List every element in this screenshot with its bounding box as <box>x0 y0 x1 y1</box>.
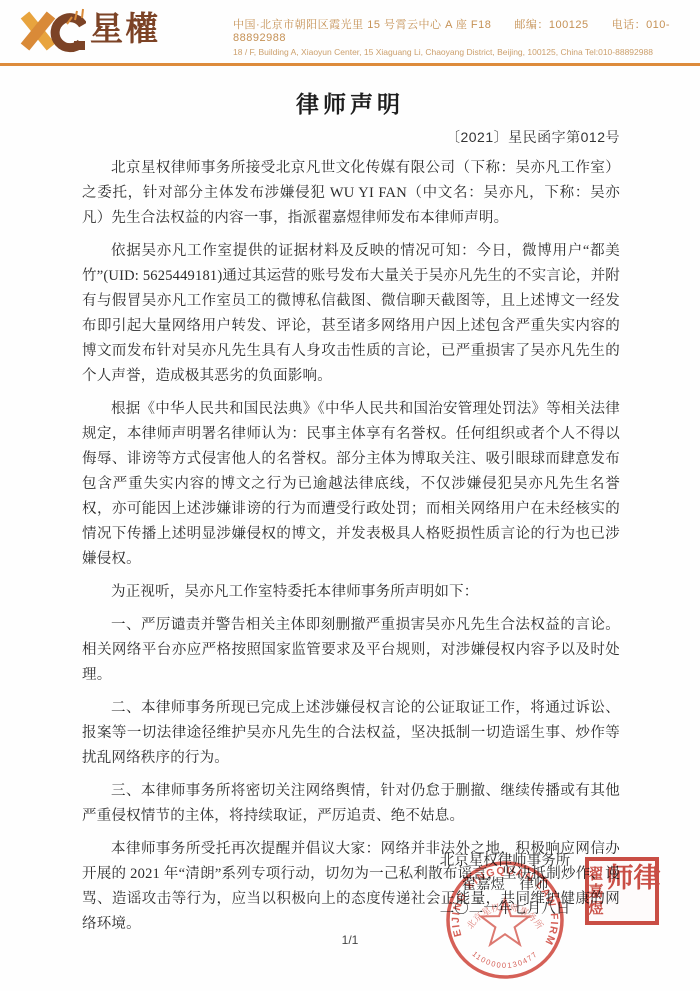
seal-serial-number: 1100000130477 <box>470 949 539 970</box>
document-number: 〔2021〕星民函字第012号 <box>446 127 620 147</box>
letterhead-address: 中国·北京市朝阳区霞光里 15 号霄云中心 A 座 F18 邮编：100125 … <box>233 16 683 57</box>
document-body: 北京星权律师事务所接受北京凡世文化传媒有限公司（下称：吴亦凡工作室）之委托，针对… <box>82 156 620 945</box>
firm-logo: 星權 <box>20 5 160 55</box>
address-chinese: 中国·北京市朝阳区霞光里 15 号霄云中心 A 座 F18 邮编：100125 … <box>233 16 683 44</box>
paragraph: 二、本律师事务所现已完成上述涉嫌侵权言论的公证取证工作，将通过诉讼、报案等一切法… <box>82 696 620 771</box>
document-title: 律师声明 <box>0 86 700 119</box>
letterhead-divider <box>0 63 700 66</box>
paragraph: 为正视听，吴亦凡工作室特委托本律师事务所声明如下： <box>82 580 620 605</box>
lawyer-square-seal: 翟嘉煜 律师 <box>585 857 659 925</box>
paragraph: 根据《中华人民共和国民法典》《中华人民共和国治安管理处罚法》等相关法律规定，本律… <box>82 397 620 572</box>
seal-lawyer-name: 翟嘉煜 <box>587 866 602 917</box>
paragraph: 一、严厉谴责并警告相关主体即刻删撤严重损害吴亦凡先生合法权益的言论。相关网络平台… <box>82 613 620 688</box>
address-english: 18 / F, Building A, Xiaoyun Center, 15 X… <box>233 47 683 57</box>
seal-inner-text: 北京星权律师事务所 <box>464 901 545 931</box>
paragraph: 依据吴亦凡工作室提供的证据材料及反映的情况可知：今日，微博用户“都美竹”(UID… <box>82 239 620 389</box>
svg-text:北京星权律师事务所: 北京星权律师事务所 <box>464 901 545 931</box>
firm-round-seal: BEIJING XINGQUAN LAW FIRM 1100000130477 … <box>426 855 584 991</box>
letter-page: 星權 中国·北京市朝阳区霞光里 15 号霄云中心 A 座 F18 邮编：1001… <box>0 0 700 991</box>
paragraph: 北京星权律师事务所接受北京凡世文化传媒有限公司（下称：吴亦凡工作室）之委托，针对… <box>82 156 620 231</box>
page-number: 1/1 <box>0 933 700 947</box>
logo-mark-icon <box>20 5 86 55</box>
logo-wordmark: 星權 <box>90 6 160 54</box>
paragraph: 三、本律师事务所将密切关注网络舆情，针对仍怠于删撤、继续传播或有其他严重侵权情节… <box>82 779 620 829</box>
seal-lawyer-role: 律师 <box>604 863 658 919</box>
svg-text:1100000130477: 1100000130477 <box>470 949 539 970</box>
